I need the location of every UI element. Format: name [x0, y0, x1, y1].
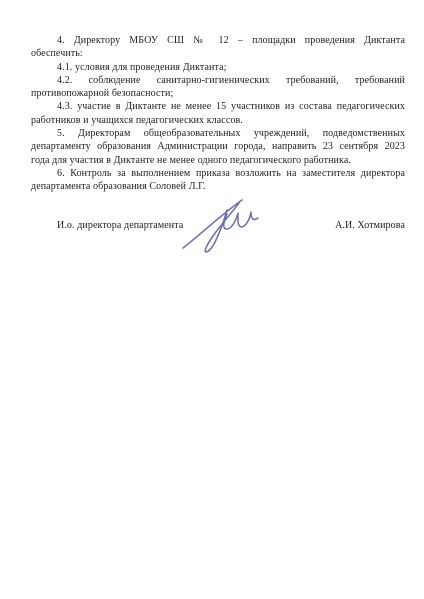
text-line: обеспечить:: [31, 47, 405, 60]
text-line: 4.2. соблюдение санитарно-гигиенических …: [31, 74, 405, 87]
document-page: 4. Директору МБОУ СШ № 12 – площадки про…: [0, 0, 424, 599]
text-line: департаменту образования Администрации г…: [31, 140, 405, 153]
signature-stroke: [183, 200, 258, 252]
document-body: 4. Директору МБОУ СШ № 12 – площадки про…: [31, 34, 405, 194]
handwritten-signature-icon: [180, 193, 270, 255]
text-line: работников и учащихся педагогических кла…: [31, 114, 405, 127]
text-line: 4.1. условия для проведения Диктанта;: [31, 61, 405, 74]
signer-name: А.И. Хотмирова: [335, 219, 405, 232]
text-line: 4. Директору МБОУ СШ № 12 – площадки про…: [31, 34, 405, 47]
acting-director-label: И.о. директора департамента: [57, 219, 183, 232]
text-line: департамента образования Соловей Л.Г.: [31, 180, 405, 193]
text-line: 6. Контроль за выполнением приказа возло…: [31, 167, 405, 180]
text-line: 5. Директорам общеобразовательных учрежд…: [31, 127, 405, 140]
text-line: противопожарной безопасности;: [31, 87, 405, 100]
text-line: 4.3. участие в Диктанте не менее 15 учас…: [31, 100, 405, 113]
text-line: года для участия в Диктанте не менее одн…: [31, 154, 405, 167]
